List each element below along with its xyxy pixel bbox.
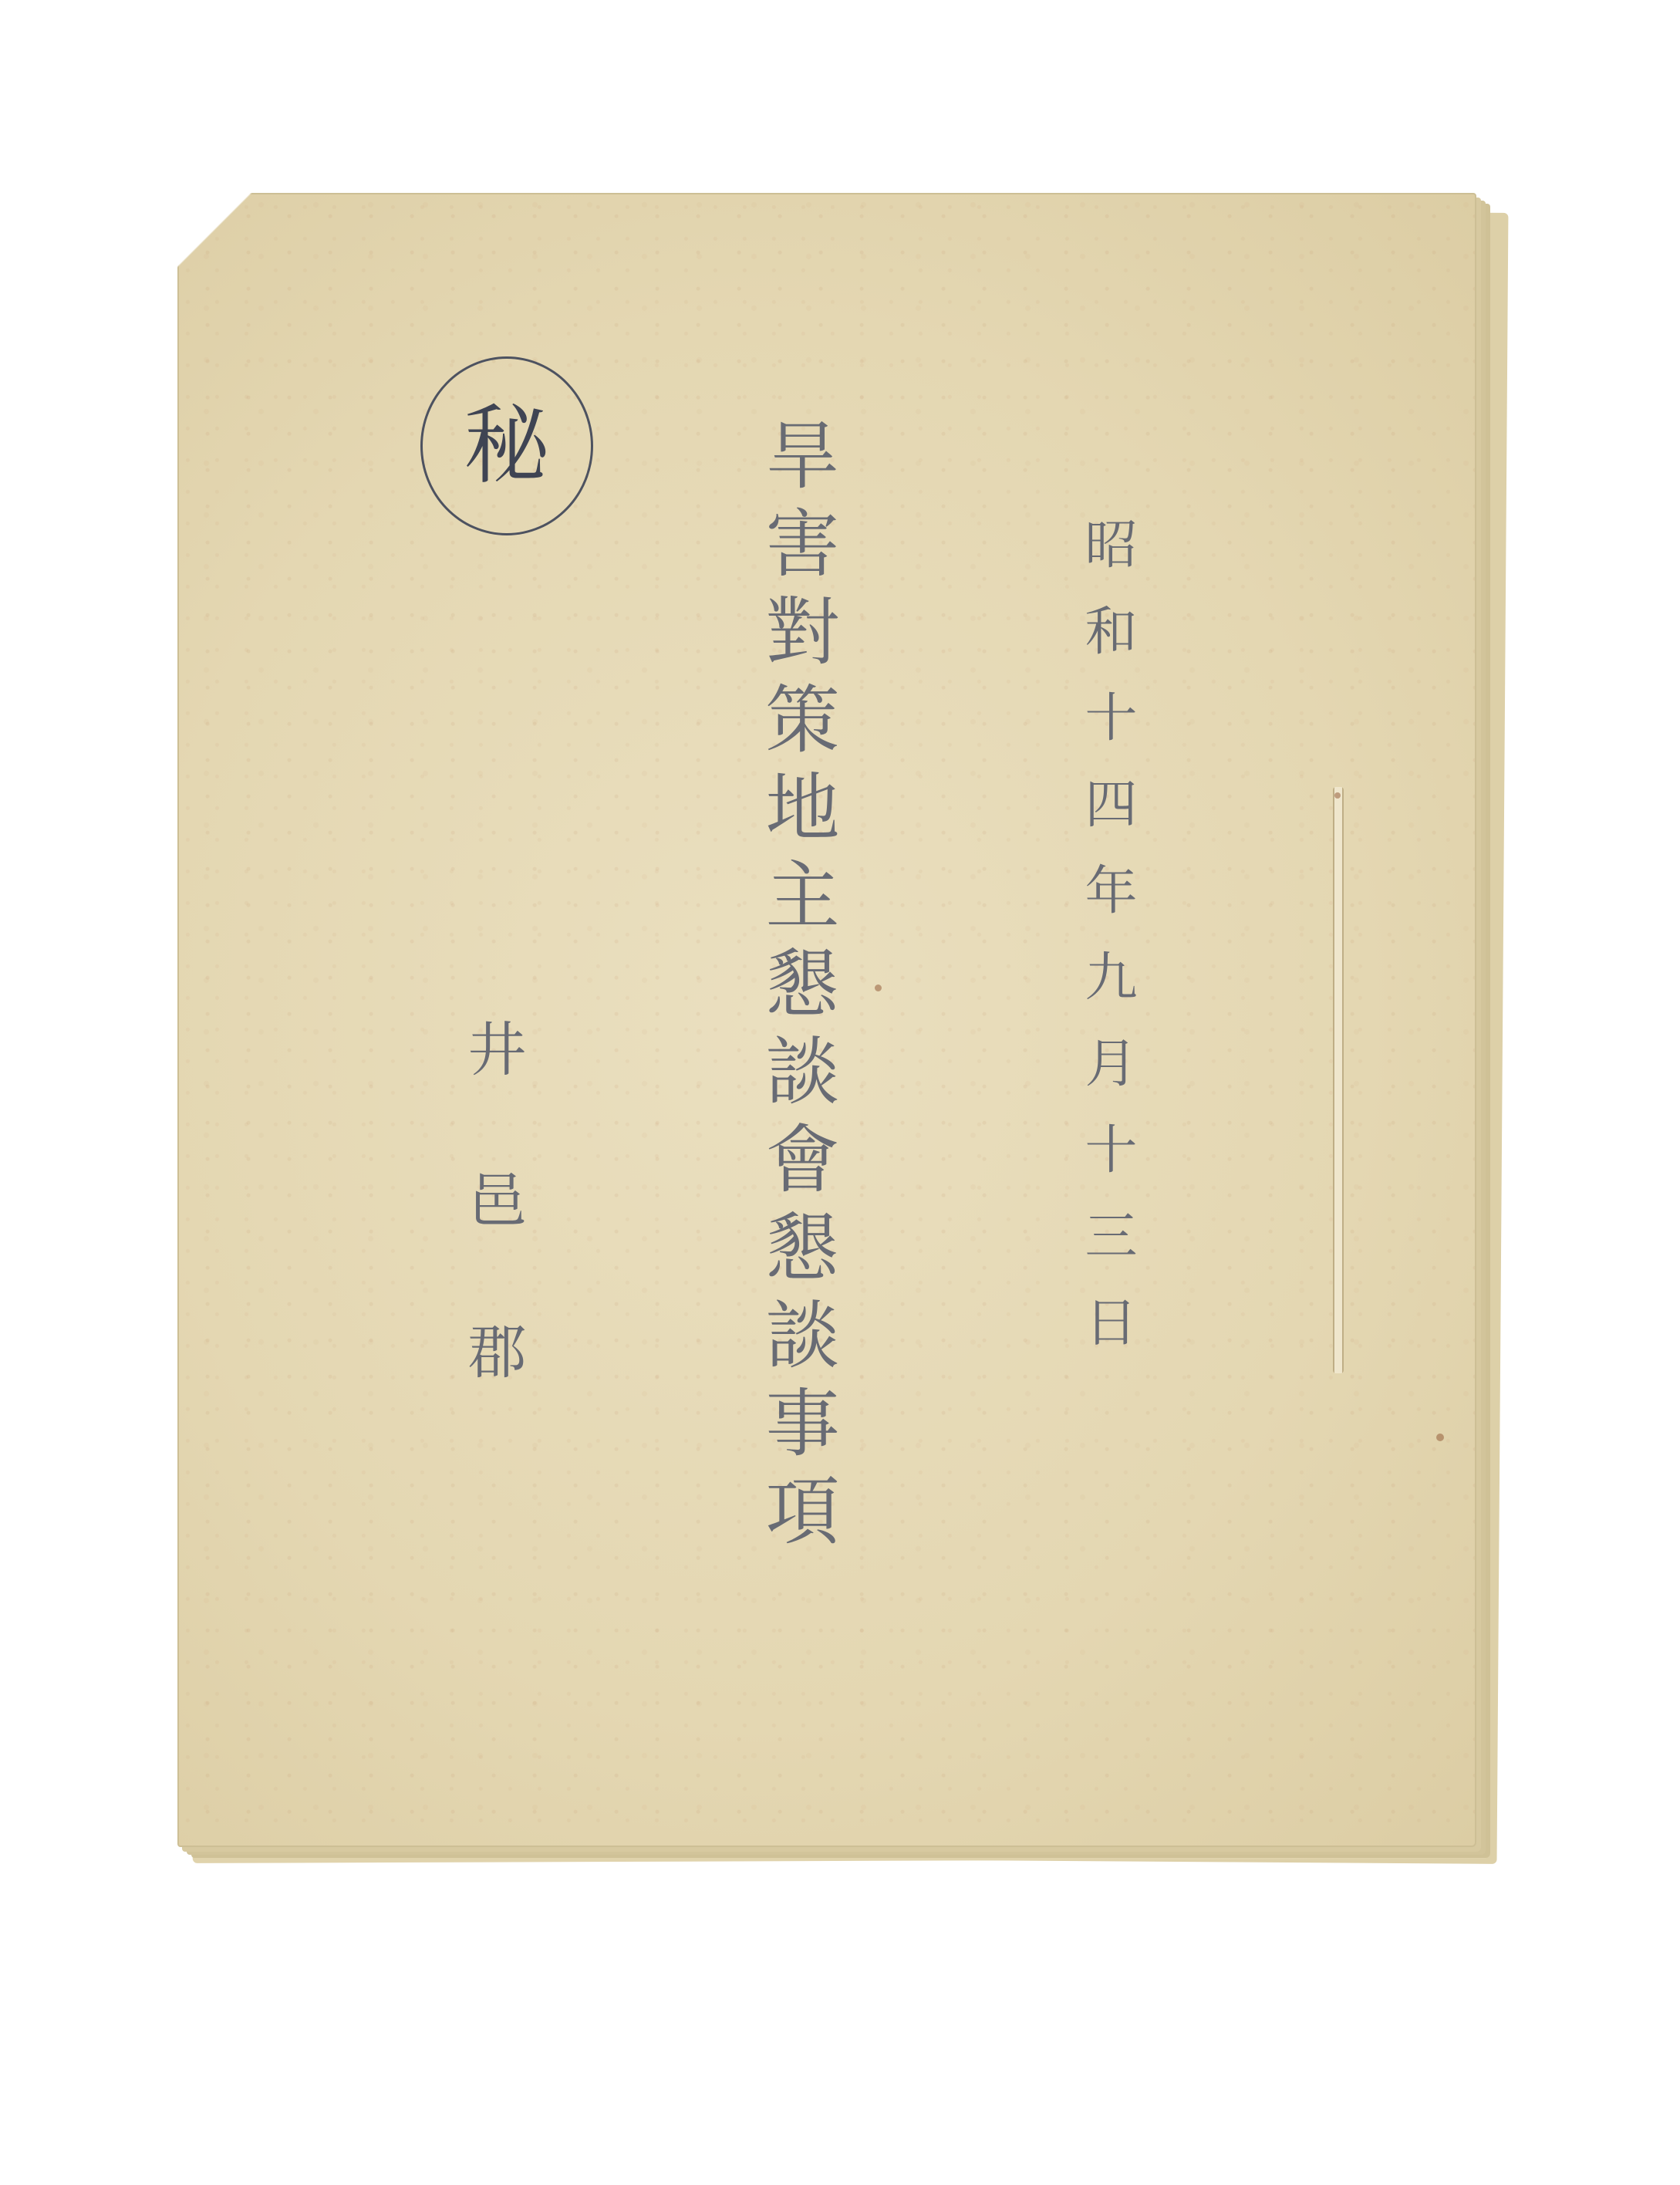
ink-spot <box>1436 1434 1444 1441</box>
confidential-mark: 秘 <box>464 403 550 489</box>
torn-corner <box>177 193 293 285</box>
ink-spot <box>1334 792 1341 799</box>
ink-spot <box>875 984 882 991</box>
confidential-stamp: 秘 <box>420 356 593 535</box>
document-title: 旱害對策地主懇談會懇談事項 <box>760 417 834 1560</box>
issuing-county: 井邑郡 <box>463 1018 521 1472</box>
document-date: 昭和十四年九月十三日 <box>1080 517 1132 1381</box>
binding-thread <box>1333 787 1344 1373</box>
